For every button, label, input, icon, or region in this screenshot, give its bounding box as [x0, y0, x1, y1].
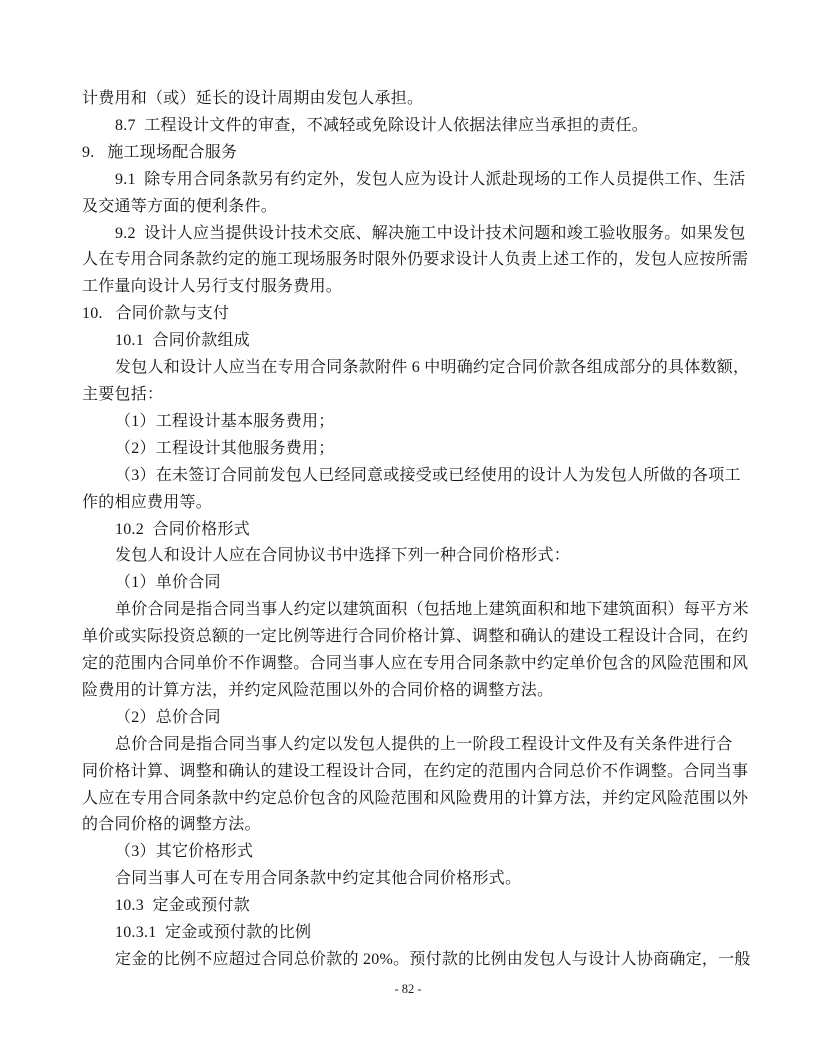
text-line: 定金的比例不应超过合同总价款的 20%。预付款的比例由发包人与设计人协商确定，一…	[82, 947, 737, 974]
text-line: 单价合同是指合同当事人约定以建筑面积（包括地上建筑面积和地下建筑面积）每平方米	[82, 597, 737, 624]
text-line: 险费用的计算方法，并约定风险范围以外的合同价格的调整方法。	[82, 678, 737, 705]
text-line: 定的范围内合同单价不作调整。合同当事人应在专用合同条款中约定单价包含的风险范围和…	[82, 651, 737, 678]
text-line: 作的相应费用等。	[82, 490, 737, 517]
text-line: 总价合同是指合同当事人约定以发包人提供的上一阶段工程设计文件及有关条件进行合	[82, 732, 737, 759]
text-line: （1）单价合同	[82, 570, 737, 597]
text-line: 的合同价格的调整方法。	[82, 812, 737, 839]
text-line: （2）工程设计其他服务费用；	[82, 436, 737, 463]
text-line: 主要包括：	[82, 382, 737, 409]
text-line: （1）工程设计基本服务费用；	[82, 409, 737, 436]
document-content: 计费用和（或）延长的设计周期由发包人承担。8.7 工程设计文件的审查，不减轻或免…	[82, 86, 737, 974]
text-line: 发包人和设计人应当在专用合同条款附件 6 中明确约定合同价款各组成部分的具体数额…	[82, 355, 737, 382]
text-line: 9.2 设计人应当提供设计技术交底、解决施工中设计技术问题和竣工验收服务。如果发…	[82, 221, 737, 248]
text-line: 工作量向设计人另行支付服务费用。	[82, 274, 737, 301]
text-line: 10.2 合同价格形式	[82, 517, 737, 544]
text-line: 9. 施工现场配合服务	[82, 140, 737, 167]
text-line: 单价或实际投资总额的一定比例等进行合同价格计算、调整和确认的建设工程设计合同，在…	[82, 624, 737, 651]
text-line: （2）总价合同	[82, 705, 737, 732]
text-line: （3）在未签订合同前发包人已经同意或接受或已经使用的设计人为发包人所做的各项工	[82, 463, 737, 490]
text-line: （3）其它价格形式	[82, 839, 737, 866]
text-line: 同价格计算、调整和确认的建设工程设计合同，在约定的范围内合同总价不作调整。合同当…	[82, 759, 737, 786]
text-line: 10.3.1 定金或预付款的比例	[82, 920, 737, 947]
text-line: 10. 合同价款与支付	[82, 301, 737, 328]
document-page: 计费用和（或）延长的设计周期由发包人承担。8.7 工程设计文件的审查，不减轻或免…	[0, 0, 816, 1056]
page-number: - 82 -	[0, 982, 816, 997]
text-line: 9.1 除专用合同条款另有约定外，发包人应为设计人派赴现场的工作人员提供工作、生…	[82, 167, 737, 194]
text-line: 合同当事人可在专用合同条款中约定其他合同价格形式。	[82, 866, 737, 893]
text-line: 发包人和设计人应在合同协议书中选择下列一种合同价格形式：	[82, 543, 737, 570]
text-line: 计费用和（或）延长的设计周期由发包人承担。	[82, 86, 737, 113]
text-line: 及交通等方面的便利条件。	[82, 194, 737, 221]
text-line: 10.3 定金或预付款	[82, 893, 737, 920]
text-line: 10.1 合同价款组成	[82, 328, 737, 355]
text-line: 人应在专用合同条款中约定总价包含的风险范围和风险费用的计算方法，并约定风险范围以…	[82, 786, 737, 813]
text-line: 8.7 工程设计文件的审查，不减轻或免除设计人依据法律应当承担的责任。	[82, 113, 737, 140]
text-line: 人在专用合同条款约定的施工现场服务时限外仍要求设计人负责上述工作的，发包人应按所…	[82, 247, 737, 274]
